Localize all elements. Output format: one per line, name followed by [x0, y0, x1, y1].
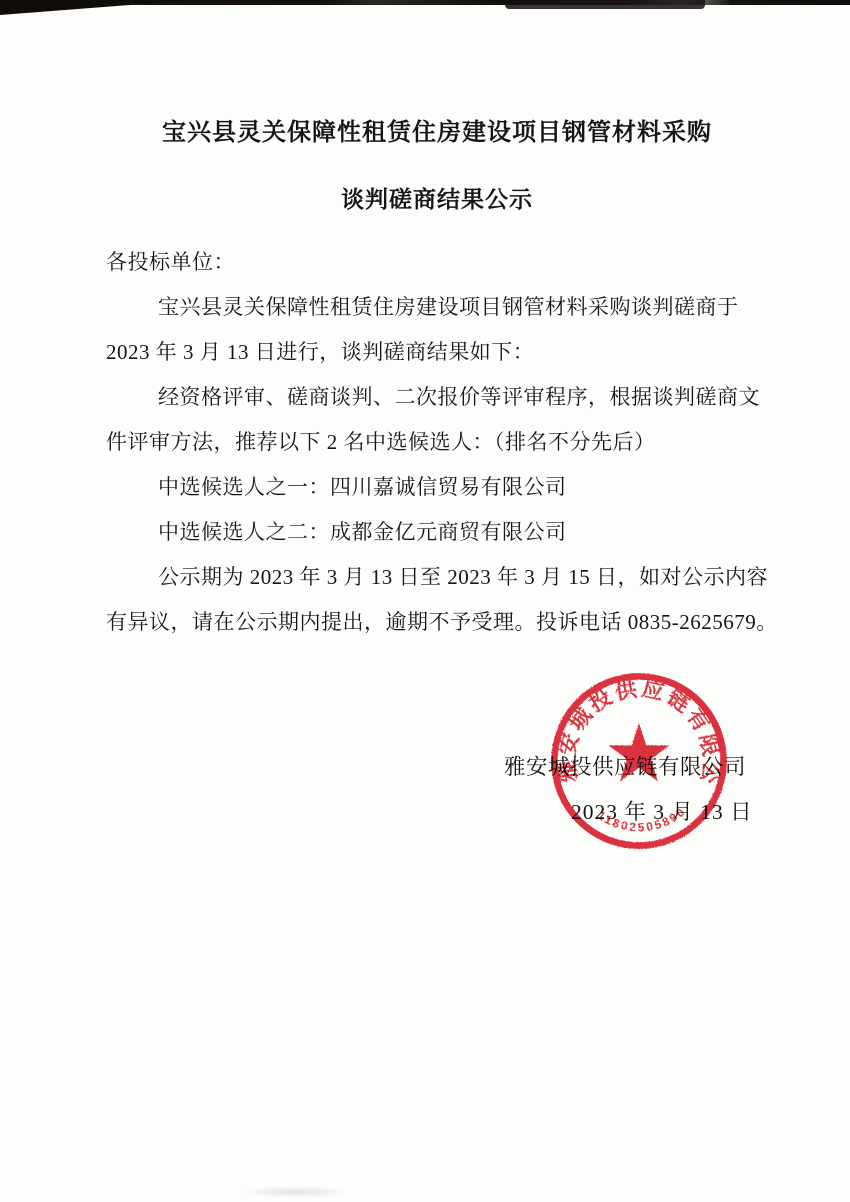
seal-star-icon — [608, 723, 669, 781]
official-seal-stamp: 雅安城投供应链有限公司 118025058907 — [544, 666, 734, 856]
body-line: 宝兴县灵关保障性租赁住房建设项目钢管材料采购谈判磋商于 — [106, 291, 756, 336]
salutation-line: 各投标单位： — [106, 246, 756, 291]
body-line: 经资格评审、磋商谈判、二次报价等评审程序，根据谈判磋商文 — [106, 381, 756, 426]
document-title-line1: 宝兴县灵关保障性租赁住房建设项目钢管材料采购 — [24, 112, 850, 147]
document-body: 各投标单位： 宝兴县灵关保障性租赁住房建设项目钢管材料采购谈判磋商于 2023 … — [106, 246, 756, 651]
body-line: 有异议，请在公示期内提出，逾期不予受理。投诉电话 0835-2625679。 — [106, 606, 756, 651]
body-line: 公示期为 2023 年 3 月 13 日至 2023 年 3 月 15 日，如对… — [106, 561, 756, 606]
document-title-line2: 谈判磋商结果公示 — [24, 181, 850, 214]
scan-artifact-bottom-smudge — [240, 1186, 350, 1198]
scan-artifact-top-blob — [505, 0, 705, 9]
candidate-line-2: 中选候选人之二：成都金亿元商贸有限公司 — [106, 516, 756, 561]
document-page: 宝兴县灵关保障性租赁住房建设项目钢管材料采购 谈判磋商结果公示 各投标单位： 宝… — [0, 0, 850, 1202]
body-line: 2023 年 3 月 13 日进行，谈判磋商结果如下： — [106, 336, 756, 381]
body-line: 件评审方法，推荐以下 2 名中选候选人：（排名不分先后） — [106, 426, 756, 471]
candidate-line-1: 中选候选人之一：四川嘉诚信贸易有限公司 — [106, 471, 756, 516]
